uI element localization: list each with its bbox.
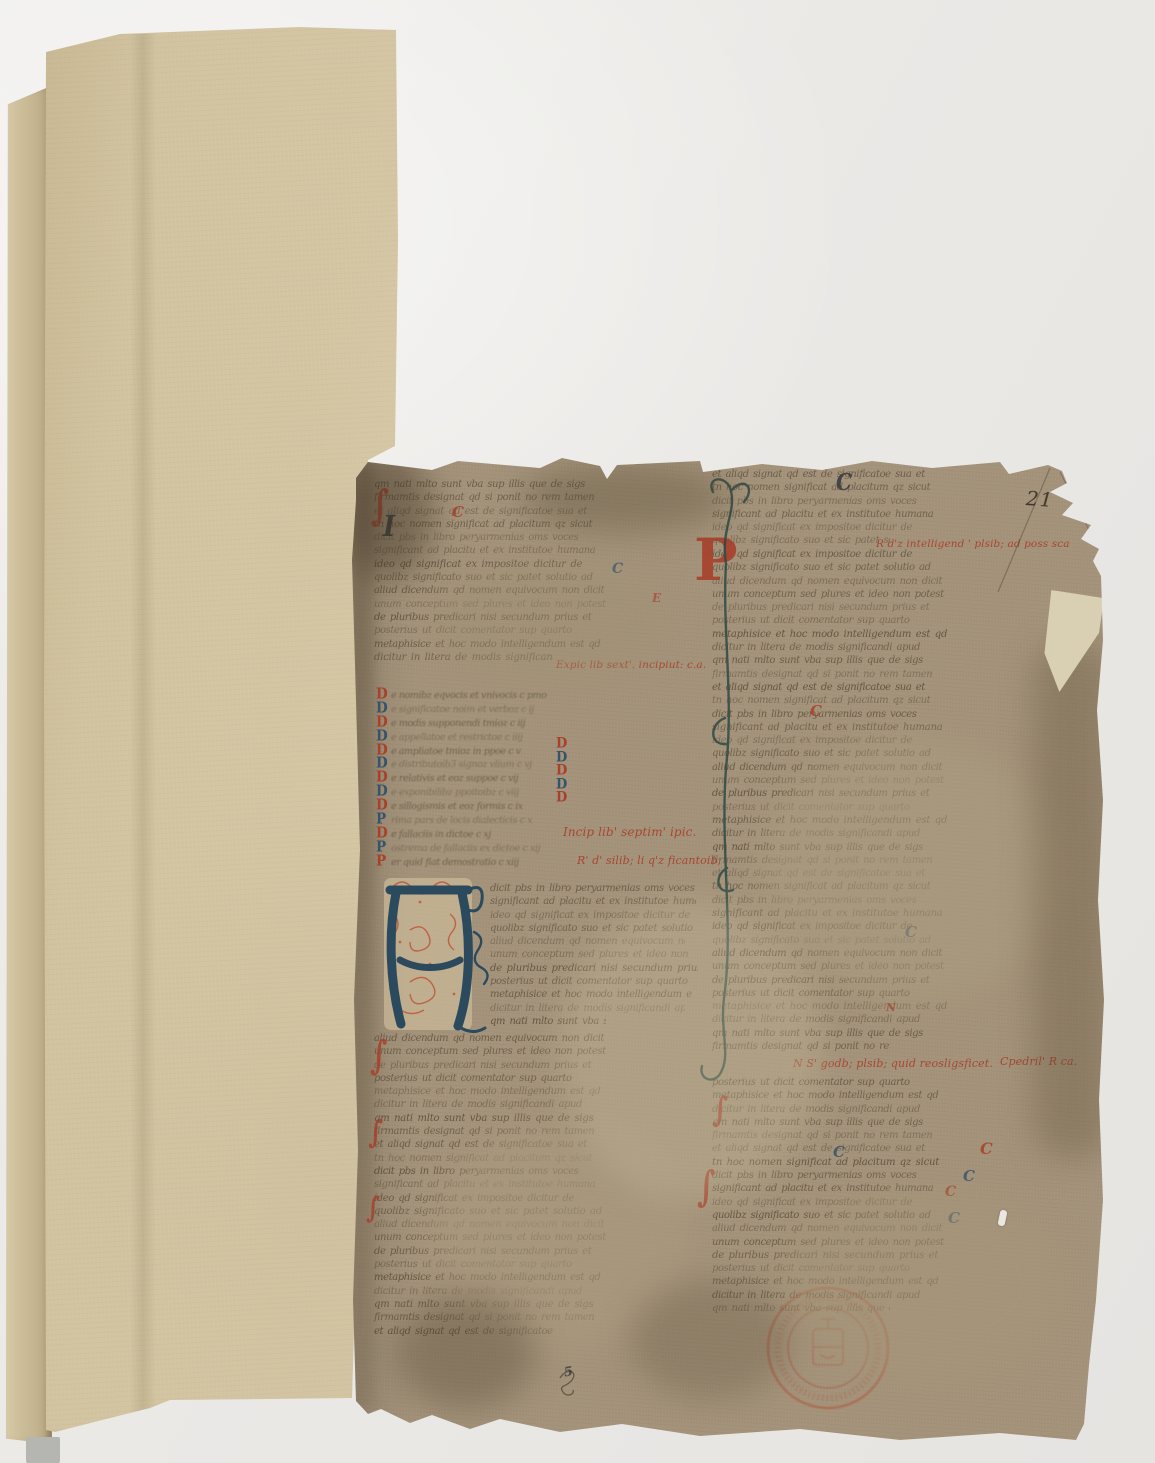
- dark-stain: [1032, 640, 1112, 1160]
- dark-stain: [630, 1280, 790, 1400]
- illuminated-initial-A: [384, 878, 488, 1032]
- dark-stain: [520, 462, 730, 532]
- folio-number: 21: [1025, 486, 1054, 512]
- faded-area: [780, 1190, 1060, 1380]
- faded-area: [430, 560, 670, 680]
- scan-background: qm nati mlto sunt vba sup illis que de s…: [0, 0, 1155, 1463]
- scanner-tab: [26, 1437, 60, 1463]
- dark-stain: [395, 1295, 535, 1410]
- faded-area: [560, 900, 820, 1200]
- faded-area: [760, 740, 1060, 1000]
- svg-text:P: P: [694, 526, 738, 594]
